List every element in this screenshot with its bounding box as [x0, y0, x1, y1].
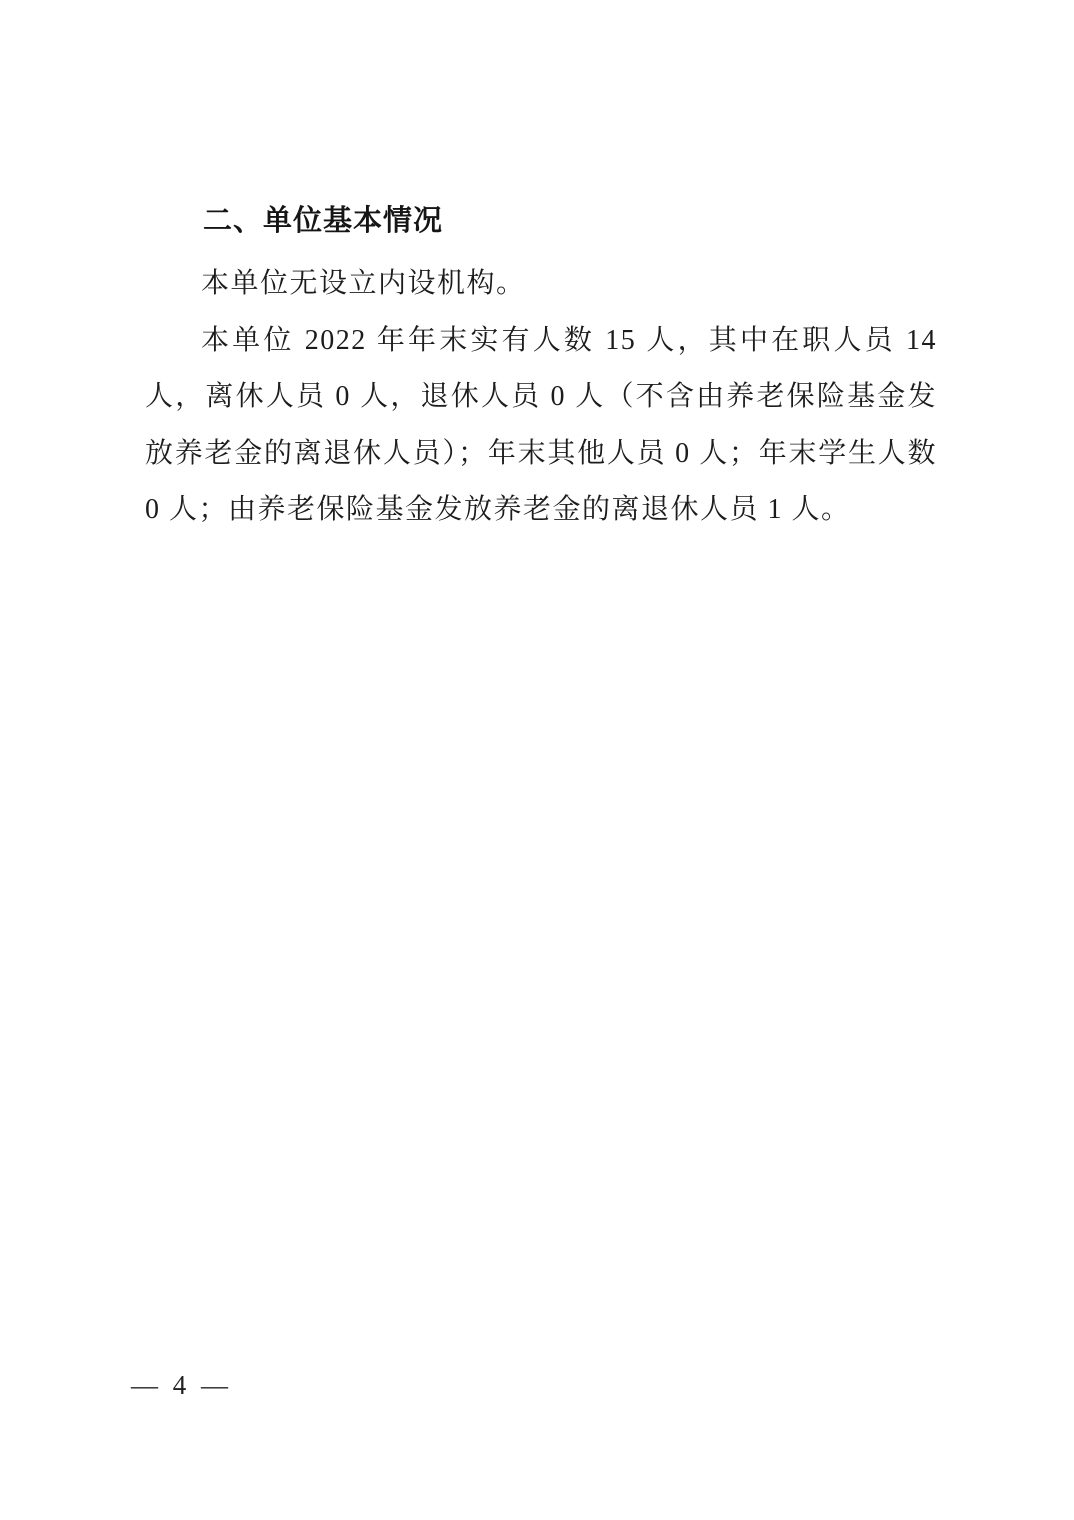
page-number: — 4 — [131, 1368, 232, 1402]
paragraph-no-internal-orgs: 本单位无设立内设机构。 [145, 256, 937, 313]
document-body: 本单位无设立内设机构。 本单位 2022 年年末实有人数 15 人，其中在职人员… [145, 256, 937, 539]
section-heading: 二、单位基本情况 [145, 203, 937, 239]
document-page: 二、单位基本情况 本单位无设立内设机构。 本单位 2022 年年末实有人数 15… [0, 0, 1074, 1520]
paragraph-personnel-statistics: 本单位 2022 年年末实有人数 15 人，其中在职人员 14 人，离休人员 0… [145, 313, 937, 539]
